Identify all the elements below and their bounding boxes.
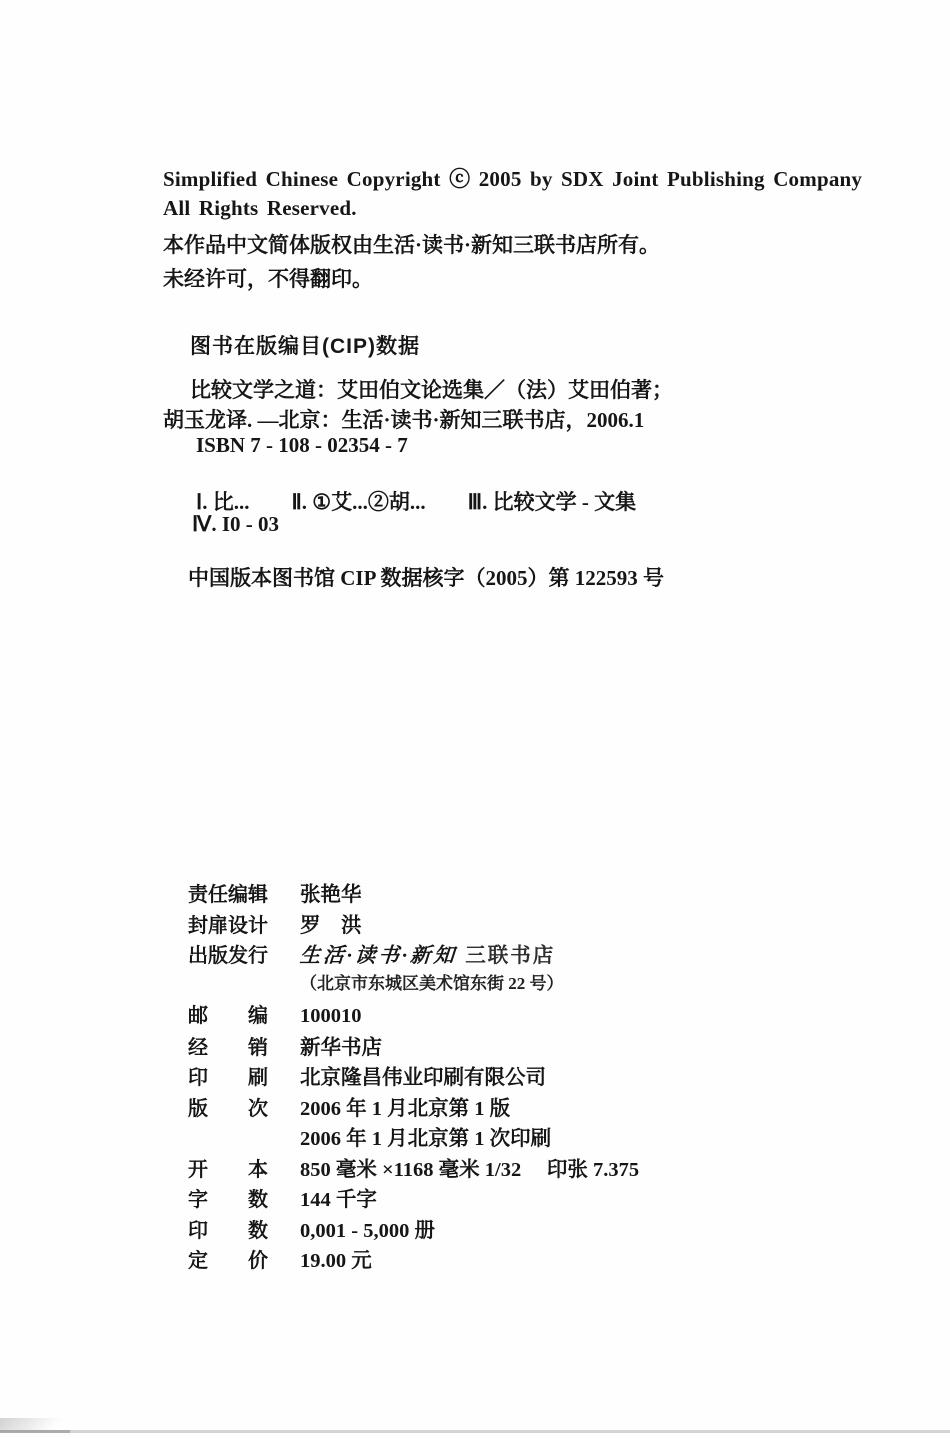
row-value: 张艳华 [300,877,362,907]
row-value: 100010 [300,1005,362,1028]
colophon-row-edition: 版 次 2006 年 1 月北京第 1 版 [188,1091,639,1122]
copyright-line-zh-1: 本作品中文简体版权由生活·读书·新知三联书店所有。 [163,229,660,259]
cip-title-line: 比较文学之道：艾田伯文论选集／（法）艾田伯著； [190,374,673,404]
cip-record-line: 中国版本图书馆 CIP 数据核字（2005）第 122593 号 [188,562,664,592]
colophon-row-postcode: 邮 编 100010 [188,999,639,1030]
copyright-line-zh-2: 未经许可，不得翻印。 [163,263,373,293]
colophon-row-publisher: 出版发行 生活·读书·新知三联书店 [188,938,639,969]
colophon-row-price: 定 价 19.00 元 [188,1243,639,1274]
publisher-address: （北京市东城区美术馆东街 22 号） [300,969,564,994]
cip-heading: 图书在版编目(CIP)数据 [190,330,420,360]
colophon-row-printer: 印 刷 北京隆昌伟业印刷有限公司 [188,1060,639,1091]
row-label: 印 数 [188,1214,278,1243]
row-label: 印 刷 [188,1061,278,1090]
row-value: 2006 年 1 月北京第 1 版 [300,1091,510,1121]
copyright-line-en-2: All Rights Reserved. [163,196,357,221]
colophon-table: 责任编辑 张艳华 封扉设计 罗 洪 出版发行 生活·读书·新知三联书店 （北京市… [188,877,639,1274]
publisher-logotype: 生活·读书·新知 [299,938,458,968]
colophon-row-printing: 2006 年 1 月北京第 1 次印刷 [188,1121,639,1152]
colophon-row-cover-design: 封扉设计 罗 洪 [188,908,639,939]
colophon-row-format: 开 本 850 毫米 ×1168 毫米 1/32 印张 7.375 [188,1152,639,1183]
colophon-row-distributor: 经 销 新华书店 [188,1030,639,1061]
copyright-line-en-1: Simplified Chinese Copyright ⓒ 2005 by S… [163,163,862,193]
row-value: 新华书店 [300,1030,382,1060]
row-value: 19.00 元 [300,1243,372,1273]
colophon-row-printrun: 印 数 0,001 - 5,000 册 [188,1213,639,1244]
row-value: 2006 年 1 月北京第 1 次印刷 [300,1121,551,1151]
cip-class-line-2: Ⅳ. I0 - 03 [192,512,279,537]
colophon-row-editor: 责任编辑 张艳华 [188,877,639,908]
row-label: 版 次 [188,1092,278,1121]
row-label: 责任编辑 [188,878,278,907]
publisher-suffix: 三联书店 [465,945,555,967]
scan-edge-artifact [0,1430,950,1433]
colophon-row-wordcount: 字 数 144 千字 [188,1182,639,1213]
row-value: 144 千字 [300,1182,377,1212]
row-label: 开 本 [188,1153,278,1182]
colophon-row-address: （北京市东城区美术馆东街 22 号） [188,969,639,1000]
row-value: 北京隆昌伟业印刷有限公司 [300,1060,546,1090]
row-value: 0,001 - 5,000 册 [300,1213,435,1243]
row-label: 邮 编 [188,999,278,1028]
row-label: 封扉设计 [188,909,278,938]
cip-imprint-line: 胡玉龙译. —北京：生活·读书·新知三联书店，2006.1 [163,404,644,434]
row-label: 出版发行 [188,939,278,968]
row-value: 罗 洪 [300,908,362,938]
row-label: 字 数 [188,1183,278,1212]
row-value: 850 毫米 ×1168 毫米 1/32 印张 7.375 [300,1152,639,1182]
row-label: 定 价 [188,1244,278,1273]
row-label: 经 销 [188,1031,278,1060]
cip-isbn-line: ISBN 7 - 108 - 02354 - 7 [196,433,408,458]
row-value: 生活·读书·新知三联书店 [300,938,555,968]
